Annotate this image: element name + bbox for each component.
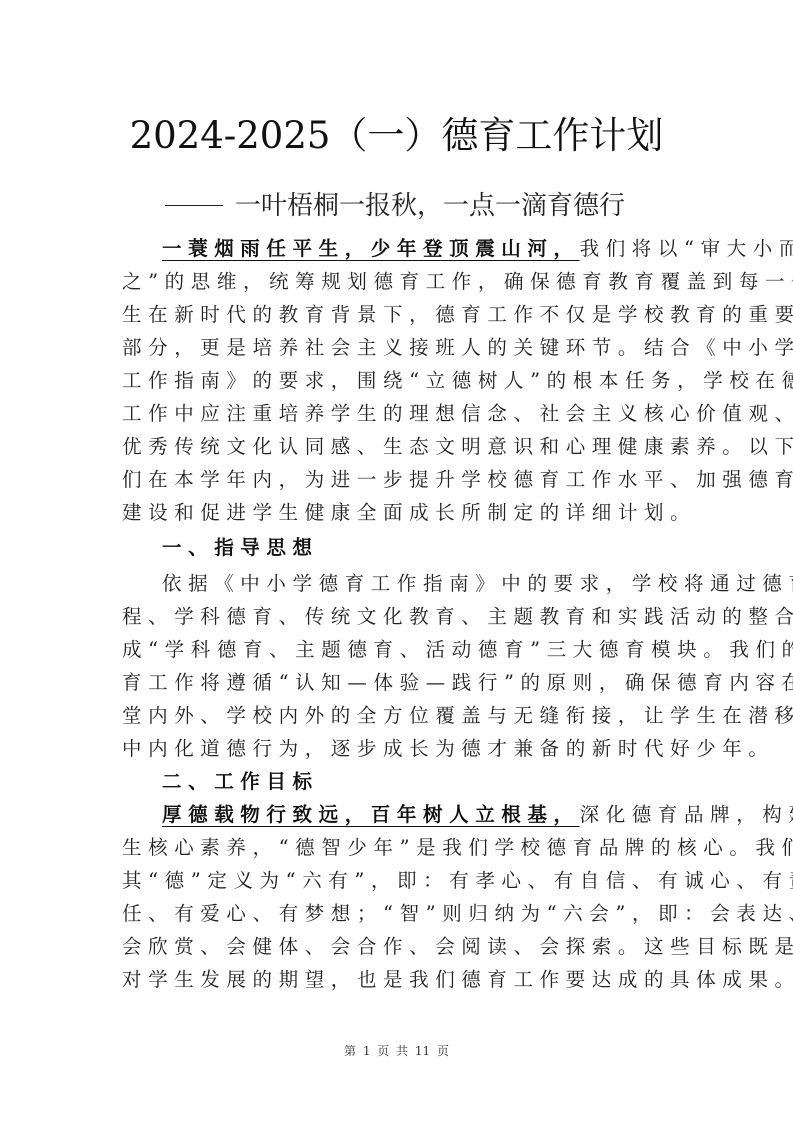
document-page: 2024-2025（一）德育工作计划 一叶梧桐一报秋，一点一滴育德行 一蓑烟雨任… — [0, 0, 793, 1122]
intro-highlight: 一蓑烟雨任平生，少年登顶震山河， — [162, 237, 580, 260]
paragraph-line: 工作中应注重培养学生的理想信念、社会主义核心价值观、中华 — [122, 397, 674, 430]
intro-text: 我们将以“审大小而图 — [580, 237, 793, 260]
paragraph-line: 们在本学年内，为进一步提升学校德育工作水平、加强德育队伍 — [122, 463, 674, 496]
paragraph-line: 部分，更是培养社会主义接班人的关键环节。结合《中小学德育 — [122, 331, 674, 364]
document-body: 一蓑烟雨任平生，少年登顶震山河，我们将以“审大小而图 之”的思维，统筹规划德育工… — [122, 232, 674, 996]
paragraph-line: 生核心素养，“德智少年”是我们学校德育品牌的核心。我们将 — [122, 831, 674, 864]
page-footer: 第 1 页 共 11 页 — [0, 1042, 793, 1059]
goals-line-1: 厚德载物行致远，百年树人立根基，深化德育品牌，构建学 — [122, 798, 674, 831]
em-dash-rule — [165, 205, 223, 206]
document-subtitle: 一叶梧桐一报秋，一点一滴育德行 — [165, 188, 625, 224]
document-title: 2024-2025（一）德育工作计划 — [0, 112, 793, 160]
section-heading-guiding-ideology: 一、指导思想 — [122, 529, 674, 567]
paragraph-line: 生在新时代的教育背景下，德育工作不仅是学校教育的重要组成 — [122, 298, 674, 331]
paragraph-line: 中内化道德行为，逐步成长为德才兼备的新时代好少年。 — [122, 732, 674, 765]
paragraph-line: 程、学科德育、传统文化教育、主题教育和实践活动的整合，形 — [122, 600, 674, 633]
paragraph-line: 优秀传统文化认同感、生态文明意识和心理健康素养。以下是我 — [122, 430, 674, 463]
paragraph-line: 对学生发展的期望，也是我们德育工作要达成的具体成果。 — [122, 963, 674, 996]
paragraph-line: 依据《中小学德育工作指南》中的要求，学校将通过德育课 — [122, 567, 674, 600]
goals-text: 深化德育品牌，构建学 — [580, 803, 793, 826]
intro-line-1: 一蓑烟雨任平生，少年登顶震山河，我们将以“审大小而图 — [122, 232, 674, 265]
goals-highlight: 厚德载物行致远，百年树人立根基， — [162, 803, 580, 826]
paragraph-line: 会欣赏、会健体、会合作、会阅读、会探索。这些目标既是我们 — [122, 930, 674, 963]
paragraph-line: 之”的思维，统筹规划德育工作，确保德育教育覆盖到每一位学 — [122, 265, 674, 298]
paragraph-line: 其“德”定义为“六有”，即：有孝心、有自信、有诚心、有责 — [122, 864, 674, 897]
section-heading-work-goals: 二、工作目标 — [122, 765, 674, 798]
paragraph-line: 任、有爱心、有梦想；“智”则归纳为“六会”，即：会表达、 — [122, 897, 674, 930]
paragraph-line: 建设和促进学生健康全面成长所制定的详细计划。 — [122, 496, 674, 529]
paragraph-line: 堂内外、学校内外的全方位覆盖与无缝衔接，让学生在潜移默化 — [122, 699, 674, 732]
paragraph-line: 工作指南》的要求，围绕“立德树人”的根本任务，学校在德育 — [122, 364, 674, 397]
paragraph-line: 育工作将遵循“认知—体验—践行”的原则，确保德育内容在课 — [122, 666, 674, 699]
subtitle-text: 一叶梧桐一报秋，一点一滴育德行 — [235, 191, 625, 221]
paragraph-line: 成“学科德育、主题德育、活动德育”三大德育模块。我们的德 — [122, 633, 674, 666]
